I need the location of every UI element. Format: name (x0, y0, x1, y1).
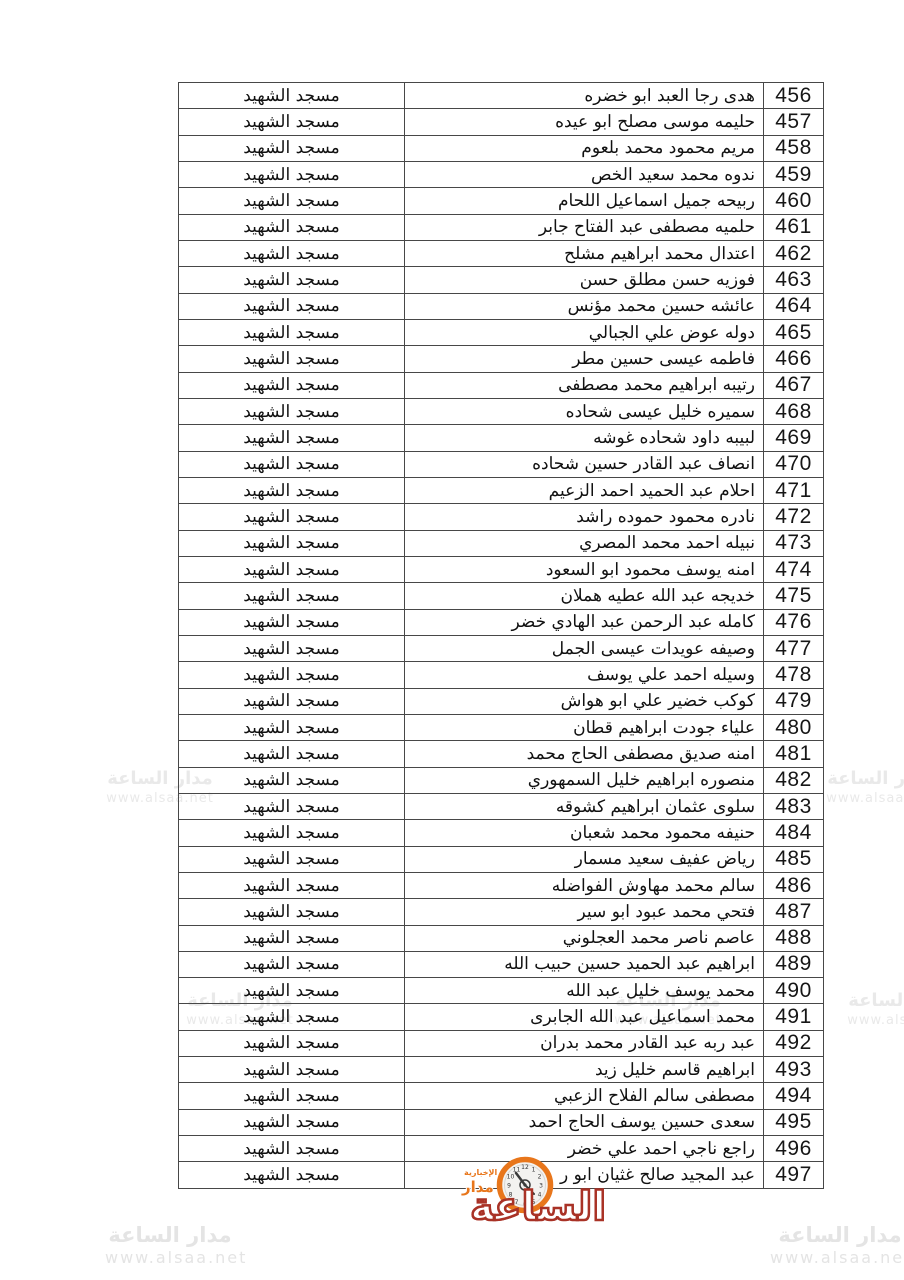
table-row: مسجد الشهيد ربيحه جميل اسماعيل اللحام 46… (179, 187, 823, 213)
name-cell: راجع ناجي احمد علي خضر (404, 1136, 764, 1161)
name-cell: محمد يوسف خليل عبد الله (404, 978, 764, 1003)
mosque-cell: مسجد الشهيد (179, 610, 404, 635)
table-row: مسجد الشهيد حلميه مصطفى عبد الفتاح جابر … (179, 214, 823, 240)
number-cell: 495 (764, 1110, 823, 1135)
svg-text:8: 8 (509, 1192, 513, 1199)
number-cell: 467 (764, 373, 823, 398)
name-cell: ابراهيم عبد الحميد حسين حبيب الله (404, 952, 764, 977)
table-row: مسجد الشهيد خديجه عبد الله عطيه هملان 47… (179, 582, 823, 608)
mosque-cell: مسجد الشهيد (179, 1110, 404, 1135)
watermark-site-name: مدار الساعة (826, 990, 904, 1013)
number-cell: 476 (764, 610, 823, 635)
number-cell: 470 (764, 452, 823, 477)
name-cell: حلميه مصطفى عبد الفتاح جابر (404, 215, 764, 240)
table-row: مسجد الشهيد عائشه حسين محمد مؤنس 464 (179, 293, 823, 319)
number-cell: 472 (764, 504, 823, 529)
name-cell: سعدى حسين يوسف الحاج احمد (404, 1110, 764, 1135)
table-row: مسجد الشهيد محمد اسماعيل عبد الله الجابر… (179, 1003, 823, 1029)
mosque-cell: مسجد الشهيد (179, 188, 404, 213)
name-cell: فتحي محمد عبود ابو سير (404, 899, 764, 924)
mosque-cell: مسجد الشهيد (179, 478, 404, 503)
table-row: مسجد الشهيد سعدى حسين يوسف الحاج احمد 49… (179, 1109, 823, 1135)
mosque-cell: مسجد الشهيد (179, 715, 404, 740)
mosque-cell: مسجد الشهيد (179, 1057, 404, 1082)
name-cell: احلام عبد الحميد احمد الزعيم (404, 478, 764, 503)
table-row: مسجد الشهيد ابراهيم عبد الحميد حسين حبيب… (179, 951, 823, 977)
name-cell: كوكب خضير علي ابو هواش (404, 689, 764, 714)
mosque-cell: مسجد الشهيد (179, 136, 404, 161)
number-cell: 458 (764, 136, 823, 161)
document-page: مدار الساعة www.alsaa.net مدار الساعة ww… (0, 0, 904, 1280)
mosque-cell: مسجد الشهيد (179, 1004, 404, 1029)
name-cell: انصاف عبد القادر حسين شحاده (404, 452, 764, 477)
watermark: مدار الساعة www.alsaa.net (826, 990, 904, 1029)
name-cell: رتيبه ابراهيم محمد مصطفى (404, 373, 764, 398)
table-row: مسجد الشهيد فاطمه عيسى حسين مطر 466 (179, 345, 823, 371)
number-cell: 490 (764, 978, 823, 1003)
number-cell: 477 (764, 636, 823, 661)
table-row: مسجد الشهيد كوكب خضير علي ابو هواش 479 (179, 688, 823, 714)
name-cell: سالم محمد مهاوش الفواضله (404, 873, 764, 898)
number-cell: 474 (764, 557, 823, 582)
table-row: مسجد الشهيد نبيله احمد محمد المصري 473 (179, 530, 823, 556)
name-cell: امنه صديق مصطفى الحاج محمد (404, 741, 764, 766)
mosque-cell: مسجد الشهيد (179, 741, 404, 766)
name-cell: رياض عفيف سعيد مسمار (404, 847, 764, 872)
number-cell: 457 (764, 109, 823, 134)
table-row: مسجد الشهيد محمد يوسف خليل عبد الله 490 (179, 977, 823, 1003)
table-row: مسجد الشهيد نادره محمود حموده راشد 472 (179, 503, 823, 529)
mosque-cell: مسجد الشهيد (179, 978, 404, 1003)
mosque-cell: مسجد الشهيد (179, 1162, 404, 1187)
table-row: مسجد الشهيد رتيبه ابراهيم محمد مصطفى 467 (179, 372, 823, 398)
number-cell: 489 (764, 952, 823, 977)
name-cell: علياء جودت ابراهيم قطان (404, 715, 764, 740)
name-cell: حنيفه محمود محمد شعبان (404, 820, 764, 845)
table-row: مسجد الشهيد انصاف عبد القادر حسين شحاده … (179, 451, 823, 477)
table-row: مسجد الشهيد فتحي محمد عبود ابو سير 487 (179, 898, 823, 924)
number-cell: 487 (764, 899, 823, 924)
table-row: مسجد الشهيد حنيفه محمود محمد شعبان 484 (179, 819, 823, 845)
table-row: مسجد الشهيد راجع ناجي احمد علي خضر 496 (179, 1135, 823, 1161)
number-cell: 460 (764, 188, 823, 213)
table-row: مسجد الشهيد كامله عبد الرحمن عبد الهادي … (179, 609, 823, 635)
number-cell: 493 (764, 1057, 823, 1082)
mosque-cell: مسجد الشهيد (179, 847, 404, 872)
table-row: مسجد الشهيد لبيبه داود شحاده غوشه 469 (179, 424, 823, 450)
mosque-cell: مسجد الشهيد (179, 346, 404, 371)
number-cell: 469 (764, 425, 823, 450)
table-row: مسجد الشهيد وسيله احمد علي يوسف 478 (179, 661, 823, 687)
table-row: مسجد الشهيد امنه صديق مصطفى الحاج محمد 4… (179, 740, 823, 766)
name-cell: سميره خليل عيسى شحاده (404, 399, 764, 424)
watermark-site-url: www.alsaa.net (105, 1248, 235, 1268)
name-cell: عبد ربه عبد القادر محمد بدران (404, 1031, 764, 1056)
number-cell: 462 (764, 241, 823, 266)
name-cell: حليمه موسى مصلح ابو عيده (404, 109, 764, 134)
mosque-cell: مسجد الشهيد (179, 267, 404, 292)
number-cell: 456 (764, 83, 823, 108)
number-cell: 473 (764, 531, 823, 556)
mosque-cell: مسجد الشهيد (179, 636, 404, 661)
mosque-cell: مسجد الشهيد (179, 109, 404, 134)
number-cell: 465 (764, 320, 823, 345)
mosque-cell: مسجد الشهيد (179, 873, 404, 898)
name-cell: سلوى عثمان ابراهيم كشوقه (404, 794, 764, 819)
mosque-cell: مسجد الشهيد (179, 373, 404, 398)
table-row: مسجد الشهيد احلام عبد الحميد احمد الزعيم… (179, 477, 823, 503)
number-cell: 491 (764, 1004, 823, 1029)
watermark-site-name: مدار الساعة (105, 1222, 235, 1248)
mosque-cell: مسجد الشهيد (179, 768, 404, 793)
name-cell: فاطمه عيسى حسين مطر (404, 346, 764, 371)
mosque-cell: مسجد الشهيد (179, 241, 404, 266)
mosque-cell: مسجد الشهيد (179, 215, 404, 240)
number-cell: 485 (764, 847, 823, 872)
mosque-cell: مسجد الشهيد (179, 794, 404, 819)
number-cell: 486 (764, 873, 823, 898)
number-cell: 481 (764, 741, 823, 766)
table-row: مسجد الشهيد هدى رجا العبد ابو خضره 456 (179, 83, 823, 108)
mosque-cell: مسجد الشهيد (179, 583, 404, 608)
table-row: مسجد الشهيد سميره خليل عيسى شحاده 468 (179, 398, 823, 424)
svg-text:7: 7 (515, 1199, 519, 1206)
watermark-site-url: www.alsaa.net (770, 1248, 904, 1268)
table-row: مسجد الشهيد مصطفى سالم الفلاح الزعبي 494 (179, 1082, 823, 1108)
mosque-cell: مسجد الشهيد (179, 504, 404, 529)
table-row: مسجد الشهيد وصيفه عويدات عيسى الجمل 477 (179, 635, 823, 661)
mosque-cell: مسجد الشهيد (179, 425, 404, 450)
name-cell: محمد اسماعيل عبد الله الجابرى (404, 1004, 764, 1029)
mosque-cell: مسجد الشهيد (179, 294, 404, 319)
table-row: مسجد الشهيد امنه يوسف محمود ابو السعود 4… (179, 556, 823, 582)
mosque-cell: مسجد الشهيد (179, 1083, 404, 1108)
name-cell: فوزيه حسن مطلق حسن (404, 267, 764, 292)
mosque-cell: مسجد الشهيد (179, 689, 404, 714)
watermark: مدار الساعة www.alsaa.net (770, 1222, 904, 1268)
table-row: مسجد الشهيد مريم محمود محمد بلعوم 458 (179, 135, 823, 161)
mosque-cell: مسجد الشهيد (179, 452, 404, 477)
number-cell: 475 (764, 583, 823, 608)
table-row: مسجد الشهيد اعتدال محمد ابراهيم مشلح 462 (179, 240, 823, 266)
table-row: مسجد الشهيد سالم محمد مهاوش الفواضله 486 (179, 872, 823, 898)
name-cell: منصوره ابراهيم خليل السمهوري (404, 768, 764, 793)
name-cell: عبد المجيد صالح غثيان ابو ر (404, 1162, 764, 1187)
number-cell: 471 (764, 478, 823, 503)
table-row: مسجد الشهيد ندوه محمد سعيد الخص 459 (179, 161, 823, 187)
name-cell: عائشه حسين محمد مؤنس (404, 294, 764, 319)
mosque-cell: مسجد الشهيد (179, 320, 404, 345)
name-cell: نبيله احمد محمد المصري (404, 531, 764, 556)
table-row: مسجد الشهيد دوله عوض علي الجبالي 465 (179, 319, 823, 345)
name-cell: وصيفه عويدات عيسى الجمل (404, 636, 764, 661)
table-row: مسجد الشهيد علياء جودت ابراهيم قطان 480 (179, 714, 823, 740)
beneficiaries-table: مسجد الشهيد هدى رجا العبد ابو خضره 456 م… (178, 82, 824, 1189)
number-cell: 464 (764, 294, 823, 319)
mosque-cell: مسجد الشهيد (179, 531, 404, 556)
svg-text:4: 4 (538, 1192, 542, 1199)
number-cell: 463 (764, 267, 823, 292)
number-cell: 466 (764, 346, 823, 371)
name-cell: اعتدال محمد ابراهيم مشلح (404, 241, 764, 266)
name-cell: ندوه محمد سعيد الخص (404, 162, 764, 187)
number-cell: 482 (764, 768, 823, 793)
name-cell: خديجه عبد الله عطيه هملان (404, 583, 764, 608)
name-cell: ربيحه جميل اسماعيل اللحام (404, 188, 764, 213)
svg-text:6: 6 (523, 1201, 527, 1208)
mosque-cell: مسجد الشهيد (179, 662, 404, 687)
mosque-cell: مسجد الشهيد (179, 1031, 404, 1056)
name-cell: مصطفى سالم الفلاح الزعبي (404, 1083, 764, 1108)
name-cell: مريم محمود محمد بلعوم (404, 136, 764, 161)
mosque-cell: مسجد الشهيد (179, 399, 404, 424)
name-cell: عاصم ناصر محمد العجلوني (404, 926, 764, 951)
name-cell: ابراهيم قاسم خليل زيد (404, 1057, 764, 1082)
number-cell: 478 (764, 662, 823, 687)
table-row: مسجد الشهيد عبد المجيد صالح غثيان ابو ر … (179, 1161, 823, 1187)
table-row: مسجد الشهيد منصوره ابراهيم خليل السمهوري… (179, 767, 823, 793)
table-row: مسجد الشهيد ابراهيم قاسم خليل زيد 493 (179, 1056, 823, 1082)
table-row: مسجد الشهيد فوزيه حسن مطلق حسن 463 (179, 266, 823, 292)
mosque-cell: مسجد الشهيد (179, 162, 404, 187)
table-row: مسجد الشهيد سلوى عثمان ابراهيم كشوقه 483 (179, 793, 823, 819)
name-cell: نادره محمود حموده راشد (404, 504, 764, 529)
watermark-site-url: www.alsaa.net (826, 1013, 904, 1029)
mosque-cell: مسجد الشهيد (179, 1136, 404, 1161)
name-cell: لبيبه داود شحاده غوشه (404, 425, 764, 450)
number-cell: 494 (764, 1083, 823, 1108)
number-cell: 484 (764, 820, 823, 845)
mosque-cell: مسجد الشهيد (179, 557, 404, 582)
number-cell: 488 (764, 926, 823, 951)
name-cell: كامله عبد الرحمن عبد الهادي خضر (404, 610, 764, 635)
name-cell: هدى رجا العبد ابو خضره (404, 83, 764, 108)
number-cell: 459 (764, 162, 823, 187)
mosque-cell: مسجد الشهيد (179, 83, 404, 108)
name-cell: امنه يوسف محمود ابو السعود (404, 557, 764, 582)
number-cell: 492 (764, 1031, 823, 1056)
mosque-cell: مسجد الشهيد (179, 952, 404, 977)
table-row: مسجد الشهيد عبد ربه عبد القادر محمد بدرا… (179, 1030, 823, 1056)
mosque-cell: مسجد الشهيد (179, 899, 404, 924)
mosque-cell: مسجد الشهيد (179, 820, 404, 845)
number-cell: 496 (764, 1136, 823, 1161)
table-row: مسجد الشهيد حليمه موسى مصلح ابو عيده 457 (179, 108, 823, 134)
watermark: مدار الساعة www.alsaa.net (105, 1222, 235, 1268)
number-cell: 483 (764, 794, 823, 819)
table-row: مسجد الشهيد عاصم ناصر محمد العجلوني 488 (179, 925, 823, 951)
mosque-cell: مسجد الشهيد (179, 926, 404, 951)
number-cell: 461 (764, 215, 823, 240)
number-cell: 480 (764, 715, 823, 740)
number-cell: 497 (764, 1162, 823, 1187)
name-cell: وسيله احمد علي يوسف (404, 662, 764, 687)
name-cell: دوله عوض علي الجبالي (404, 320, 764, 345)
watermark-site-name: مدار الساعة (770, 1222, 904, 1248)
table-row: مسجد الشهيد رياض عفيف سعيد مسمار 485 (179, 846, 823, 872)
number-cell: 468 (764, 399, 823, 424)
logo-brand-main-text: الساعة (470, 1184, 606, 1230)
svg-text:5: 5 (532, 1199, 536, 1206)
number-cell: 479 (764, 689, 823, 714)
